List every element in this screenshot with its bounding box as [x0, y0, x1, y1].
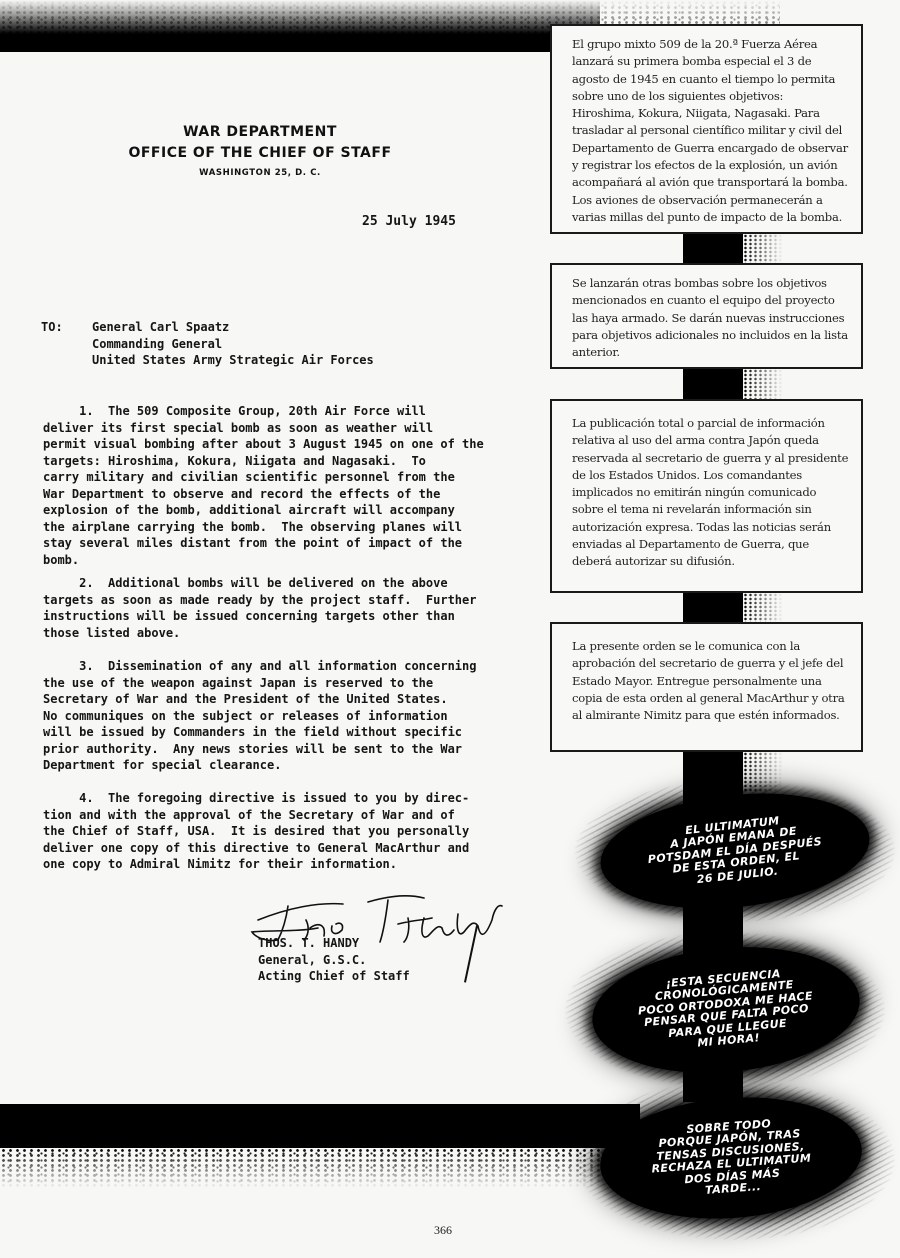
recipient-block: General Carl Spaatz Commanding General U… [92, 319, 374, 369]
thought-bubble-2: ¡ESTA SECUENCIA CRONOLÓGICAMENTE POCO OR… [587, 937, 865, 1084]
bubble-text: SOBRE TODO PORQUE JAPÓN, TRAS TENSAS DIS… [649, 1115, 814, 1201]
letterhead-address: WASHINGTON 25, D. C. [110, 168, 410, 178]
ink-spine-segment [683, 234, 743, 264]
page-number: 366 [434, 1223, 452, 1238]
ink-splatter-bottom [0, 1148, 640, 1188]
caption-box-4: La presente orden se le comunica con la … [550, 622, 863, 752]
ink-spine-segment [683, 593, 743, 623]
ink-speck [743, 234, 783, 264]
letterhead-title: WAR DEPARTMENT [110, 124, 410, 140]
bubble-text: EL ULTIMATUM A JAPÓN EMANA DE POTSDAM EL… [645, 811, 826, 891]
caption-box-2: Se lanzarán otras bombas sobre los objet… [550, 263, 863, 369]
caption-box-1: El grupo mixto 509 de la 20.ª Fuerza Aér… [550, 24, 863, 234]
caption-box-3: La publicación total o parcial de inform… [550, 399, 863, 593]
paragraph-4: 4. The foregoing directive is issued to … [43, 790, 469, 873]
ink-band-bottom [0, 1104, 640, 1148]
paragraph-3: 3. Dissemination of any and all informat… [43, 658, 476, 774]
to-label: TO: [41, 319, 63, 336]
ink-spine-segment [683, 369, 743, 400]
letterhead-office: OFFICE OF THE CHIEF OF STAFF [110, 145, 410, 161]
ink-speck [743, 369, 783, 400]
ink-speck [743, 752, 783, 792]
paragraph-1: 1. The 509 Composite Group, 20th Air For… [43, 403, 484, 568]
bubble-text: ¡ESTA SECUENCIA CRONOLÓGICAMENTE POCO OR… [635, 965, 816, 1055]
thought-bubble-1: EL ULTIMATUM A JAPÓN EMANA DE POTSDAM EL… [595, 781, 875, 921]
war-department-letter: WAR DEPARTMENT OFFICE OF THE CHIEF OF ST… [0, 0, 560, 1100]
paragraph-2: 2. Additional bombs will be delivered on… [43, 575, 476, 641]
signature-block: THOS. T. HANDY General, G.S.C. Acting Ch… [258, 935, 410, 985]
letter-date: 25 July 1945 [362, 214, 456, 231]
ink-speck [743, 593, 783, 623]
